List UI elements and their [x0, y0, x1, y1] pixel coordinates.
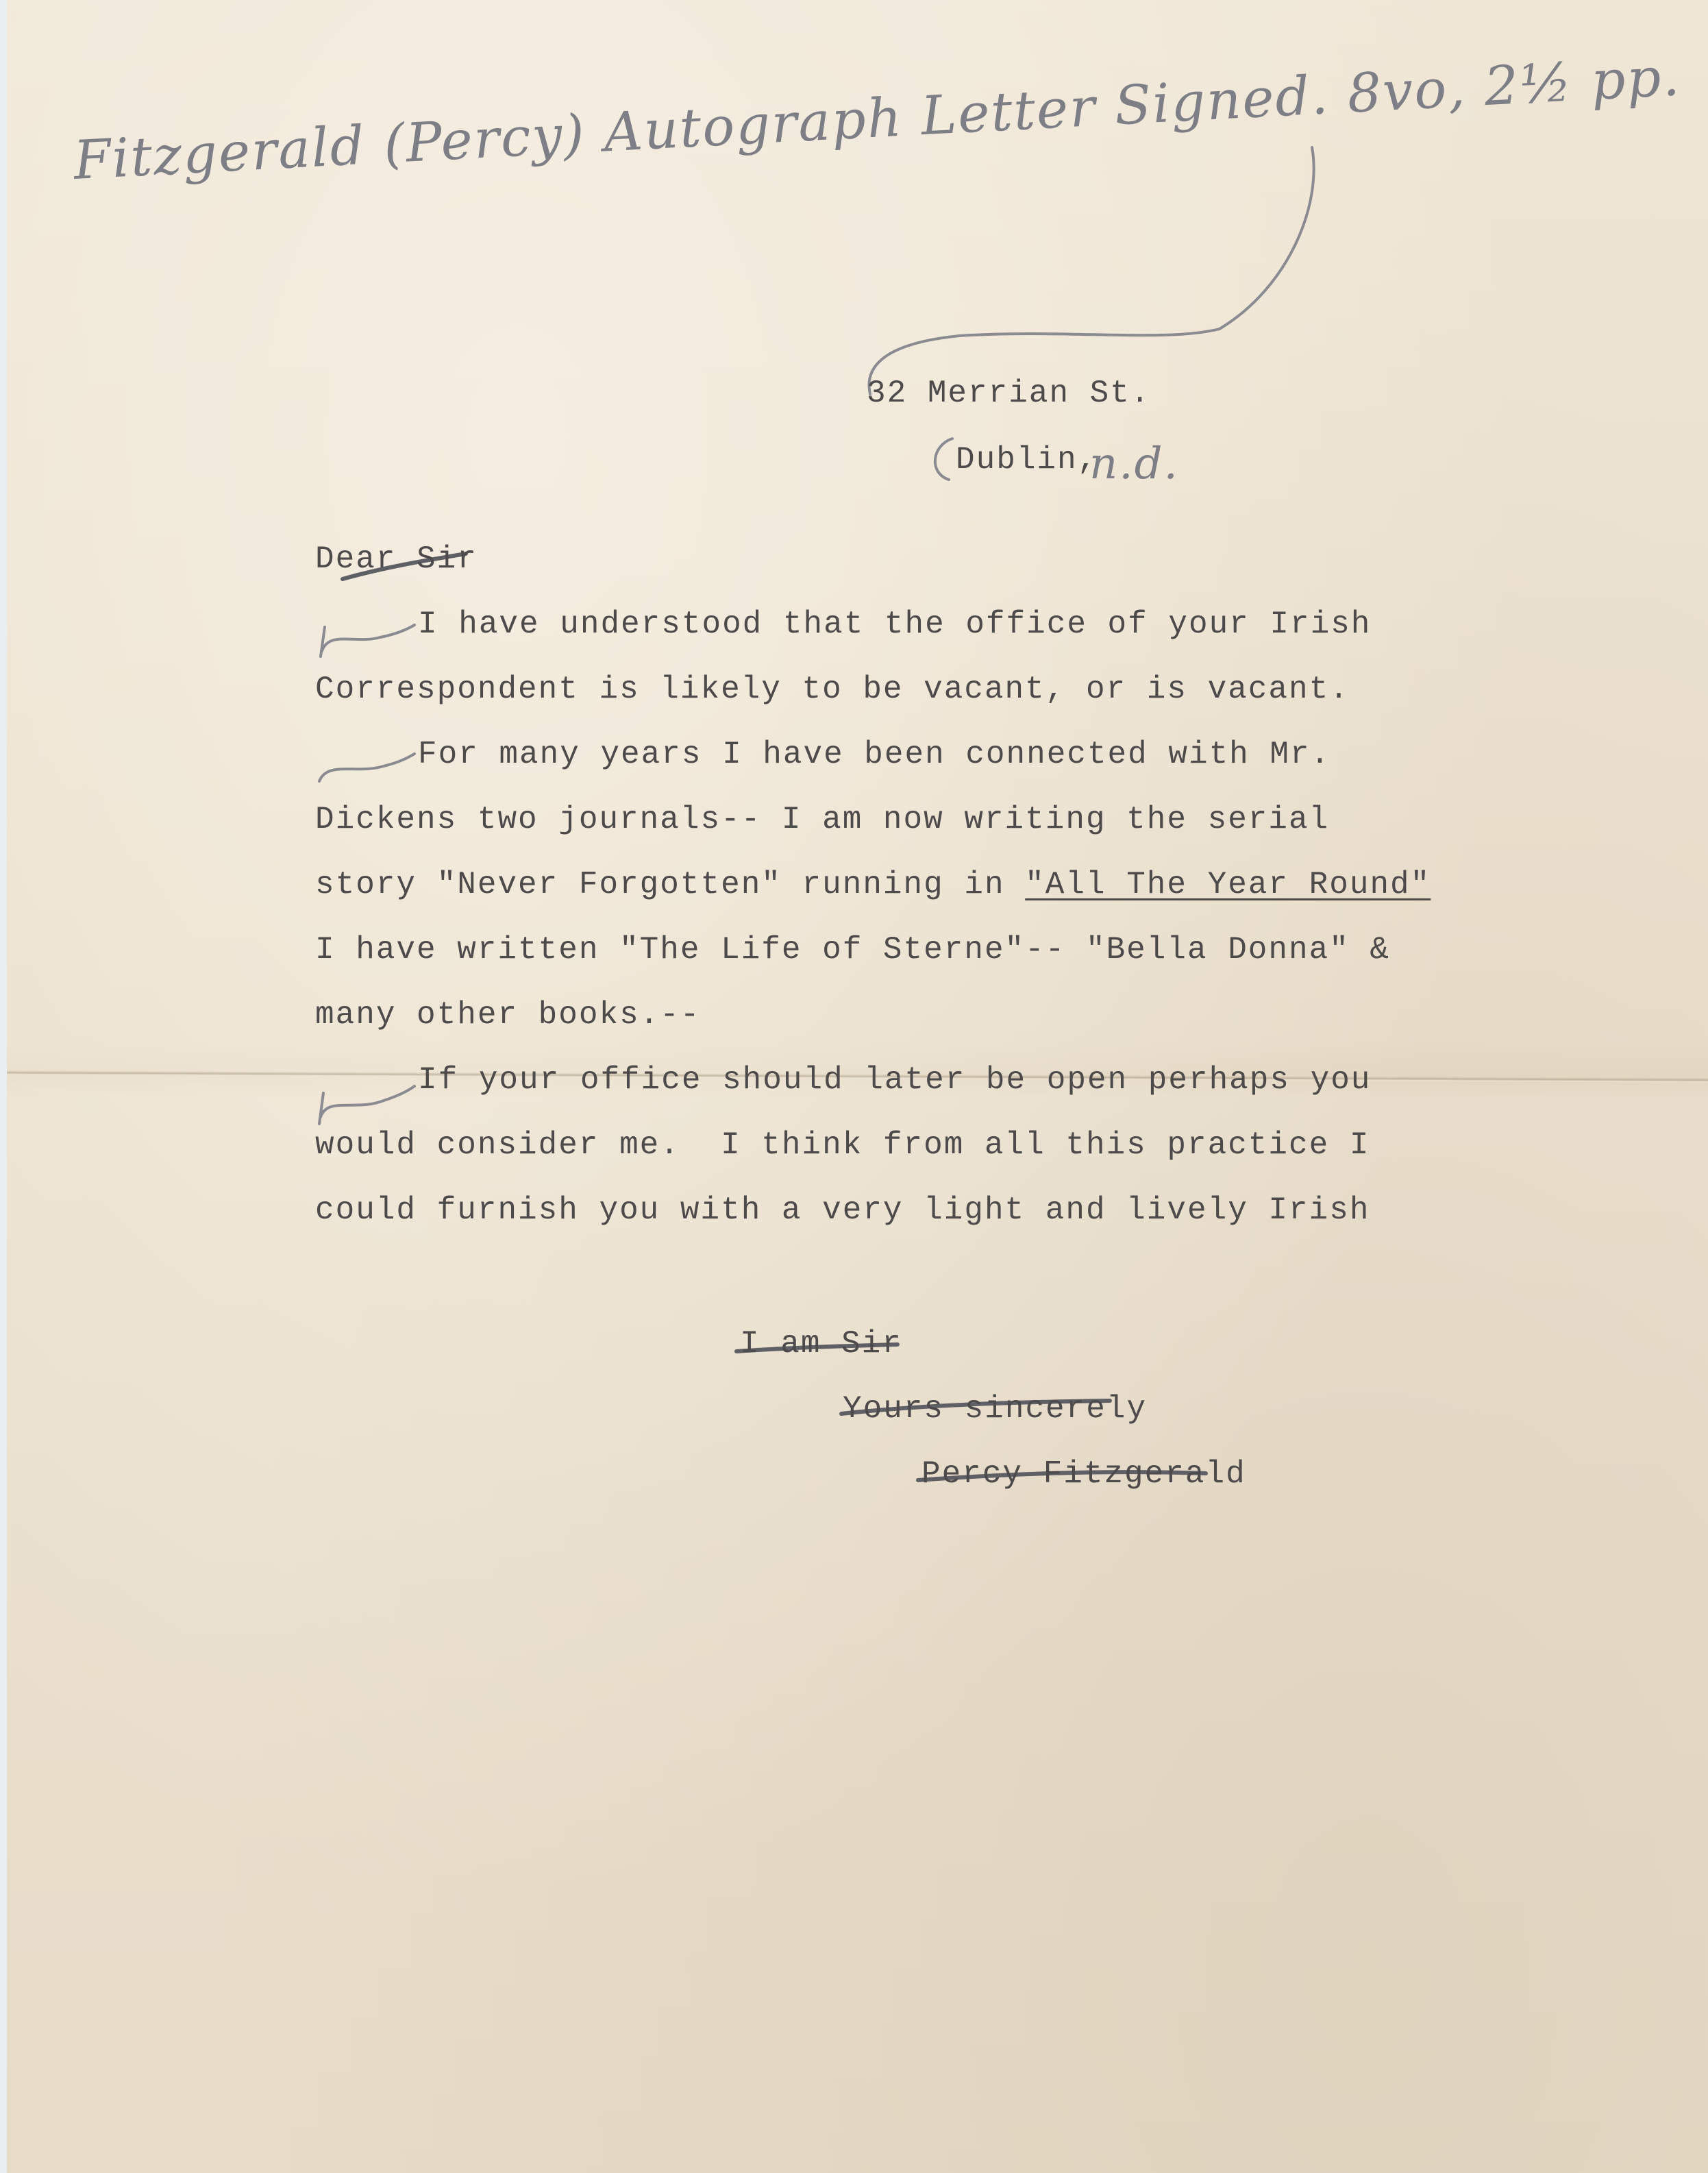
body-line-6: I have written "The Life of Sterne"-- "B… — [315, 932, 1390, 968]
closing-kept-text: I — [740, 1326, 760, 1362]
body-line-10: could furnish you with a very light and … — [315, 1192, 1370, 1228]
closing-line-2: Yours sincerely — [843, 1391, 1147, 1427]
closing-struck-text: am Sir — [760, 1326, 902, 1362]
underlined-journal-title: "All The Year Round" — [1025, 867, 1431, 903]
body-line-4: Dickens two journals-- I am now writing … — [315, 802, 1329, 837]
closing-line-1: I am Sir — [740, 1326, 902, 1362]
body-line-5-text: story "Never Forgotten" running in — [315, 867, 1025, 903]
body-line-5: story "Never Forgotten" running in "All … — [315, 867, 1431, 903]
body-line-8: If your office should later be open perh… — [418, 1062, 1371, 1098]
body-line-9: would consider me. I think from all this… — [315, 1127, 1370, 1163]
handwritten-no-date: n.d. — [1089, 439, 1179, 489]
body-line-2: Correspondent is likely to be vacant, or… — [315, 672, 1350, 707]
body-line-1: I have understood that the office of you… — [418, 606, 1371, 642]
salutation: Dear Sir — [315, 541, 478, 577]
body-line-3: For many years I have been connected wit… — [418, 737, 1330, 772]
address-line-2: Dublin, — [956, 442, 1098, 478]
scan-edge — [0, 0, 7, 2173]
address-line-1: 32 Merrian St. — [867, 376, 1150, 411]
body-line-7: many other books.-- — [315, 997, 701, 1033]
typed-signature: Percy Fitzgerald — [921, 1456, 1246, 1492]
